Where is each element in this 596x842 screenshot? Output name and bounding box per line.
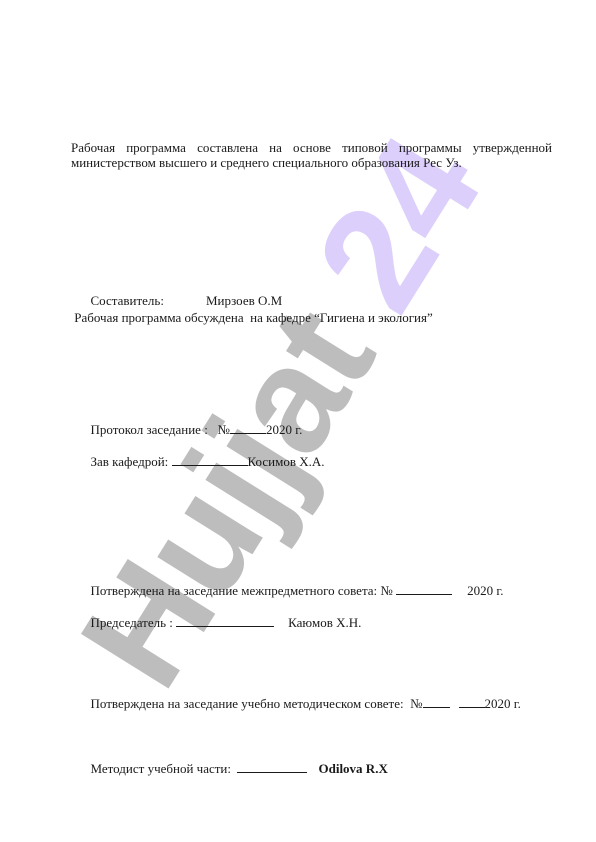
document-content: Рабочая программа составлена на основе т… xyxy=(0,0,596,842)
interdisciplinary-council-number-blank xyxy=(396,583,452,595)
intro-paragraph: Рабочая программа составлена на основе т… xyxy=(71,140,552,170)
head-of-department-signature-blank xyxy=(172,454,248,466)
interdisciplinary-council-year: 2020 г. xyxy=(467,583,503,598)
intro-line-2: министерством высшего и среднего специал… xyxy=(71,155,552,170)
methodist-signature-blank xyxy=(237,761,307,773)
methodical-council-label: Потверждена на заседание учебно методиче… xyxy=(91,696,423,711)
head-of-department-name: Косимов Х.А. xyxy=(248,454,325,469)
interdisciplinary-council-label: Потверждена на заседание межпредметного … xyxy=(91,583,397,598)
methodist-name: Odilova R.X xyxy=(318,761,387,776)
head-of-department-line: Зав кафедрой: Косимов Х.А. xyxy=(71,439,324,484)
protocol-number-blank xyxy=(230,422,266,434)
head-of-department-label: Зав кафедрой: xyxy=(91,454,172,469)
methodist-line: Методист учебной части: Odilova R.X xyxy=(71,746,388,791)
compiler-label: Составитель: xyxy=(91,293,164,308)
methodical-council-date-blank xyxy=(459,696,485,708)
methodist-label: Методист учебной части: xyxy=(91,761,238,776)
intro-line-1: Рабочая программа составлена на основе т… xyxy=(71,140,552,155)
chairman-label: Председатель : xyxy=(91,615,177,630)
document-page: Hujjat 24 Рабочая программа составлена н… xyxy=(0,0,596,842)
chairman-line: Председатель : Каюмов Х.Н. xyxy=(71,600,361,645)
methodical-council-number-blank xyxy=(423,696,450,708)
protocol-label: Протокол заседание : № xyxy=(91,422,230,437)
discussed-line: Рабочая программа обсуждена на кафедре “… xyxy=(71,310,433,325)
methodical-council-year: 2020 г. xyxy=(485,696,521,711)
compiler-name: Мирзоев О.М xyxy=(206,293,282,308)
protocol-year: 2020 г. xyxy=(266,422,302,437)
methodical-council-line: Потверждена на заседание учебно методиче… xyxy=(71,681,521,726)
chairman-name: Каюмов Х.Н. xyxy=(288,615,361,630)
chairman-signature-blank xyxy=(176,615,274,627)
